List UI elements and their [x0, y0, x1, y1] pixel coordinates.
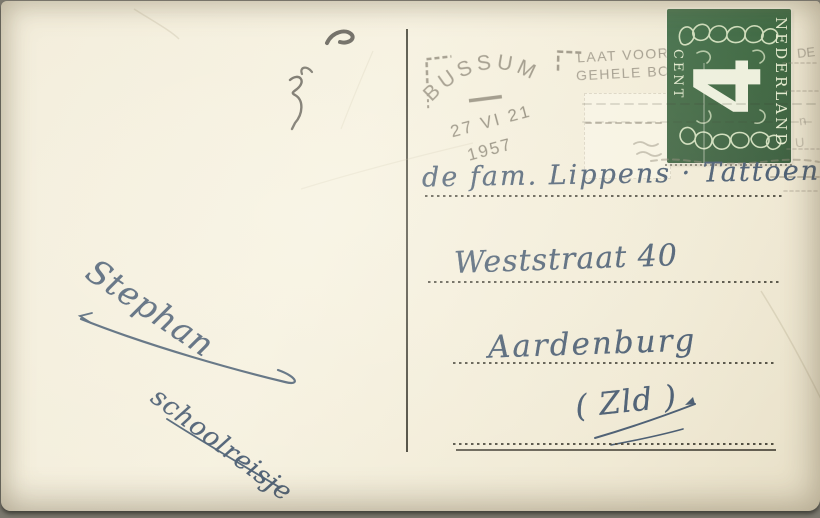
- postcard: BUSSUM 27 VI 21 1957 LAAT VOOR GEHELE BO…: [1, 1, 820, 511]
- postmark-town-arc: BUSSUM: [418, 49, 545, 107]
- caption-text: schoolreisje: [145, 382, 298, 508]
- address-dotted-line-1: [425, 195, 785, 197]
- address-solid-line: [456, 449, 776, 451]
- postmark-bracket-left-ticks: [428, 93, 429, 109]
- address-dotted-line-4: [453, 443, 775, 445]
- stamp-value: 4: [683, 57, 775, 116]
- address-line-3: Aardenburg: [487, 322, 696, 365]
- pencil-squiggle: [290, 32, 353, 129]
- address-line-2: Weststraat 40: [453, 238, 678, 281]
- slogan-fragment-n: n: [798, 113, 807, 129]
- stamp: NEDERLAND CENT 4: [667, 9, 791, 163]
- address-dotted-line-2: [428, 281, 782, 283]
- svg-text:BUSSUM: BUSSUM: [418, 49, 545, 107]
- postmark-dash: [469, 97, 502, 101]
- divider-line: [406, 29, 408, 452]
- postmark-bracket-left: [426, 56, 452, 83]
- scan-background: { "stamp": { "country": "NEDERLAND", "va…: [0, 0, 820, 518]
- postmark-date: 27 VI 21: [448, 101, 533, 141]
- address-line-4: ( Zld ): [573, 379, 678, 425]
- slogan-fragment-de: DE: [796, 44, 816, 61]
- address-line-1: de fam. Lippens · Tattoen: [422, 156, 820, 194]
- postmark: BUSSUM 27 VI 21 1957: [418, 47, 587, 166]
- slogan-line-2: GEHELE BO: [576, 63, 671, 84]
- signature-text: Stephan: [79, 251, 222, 365]
- slogan-fragment-u: U: [794, 135, 805, 151]
